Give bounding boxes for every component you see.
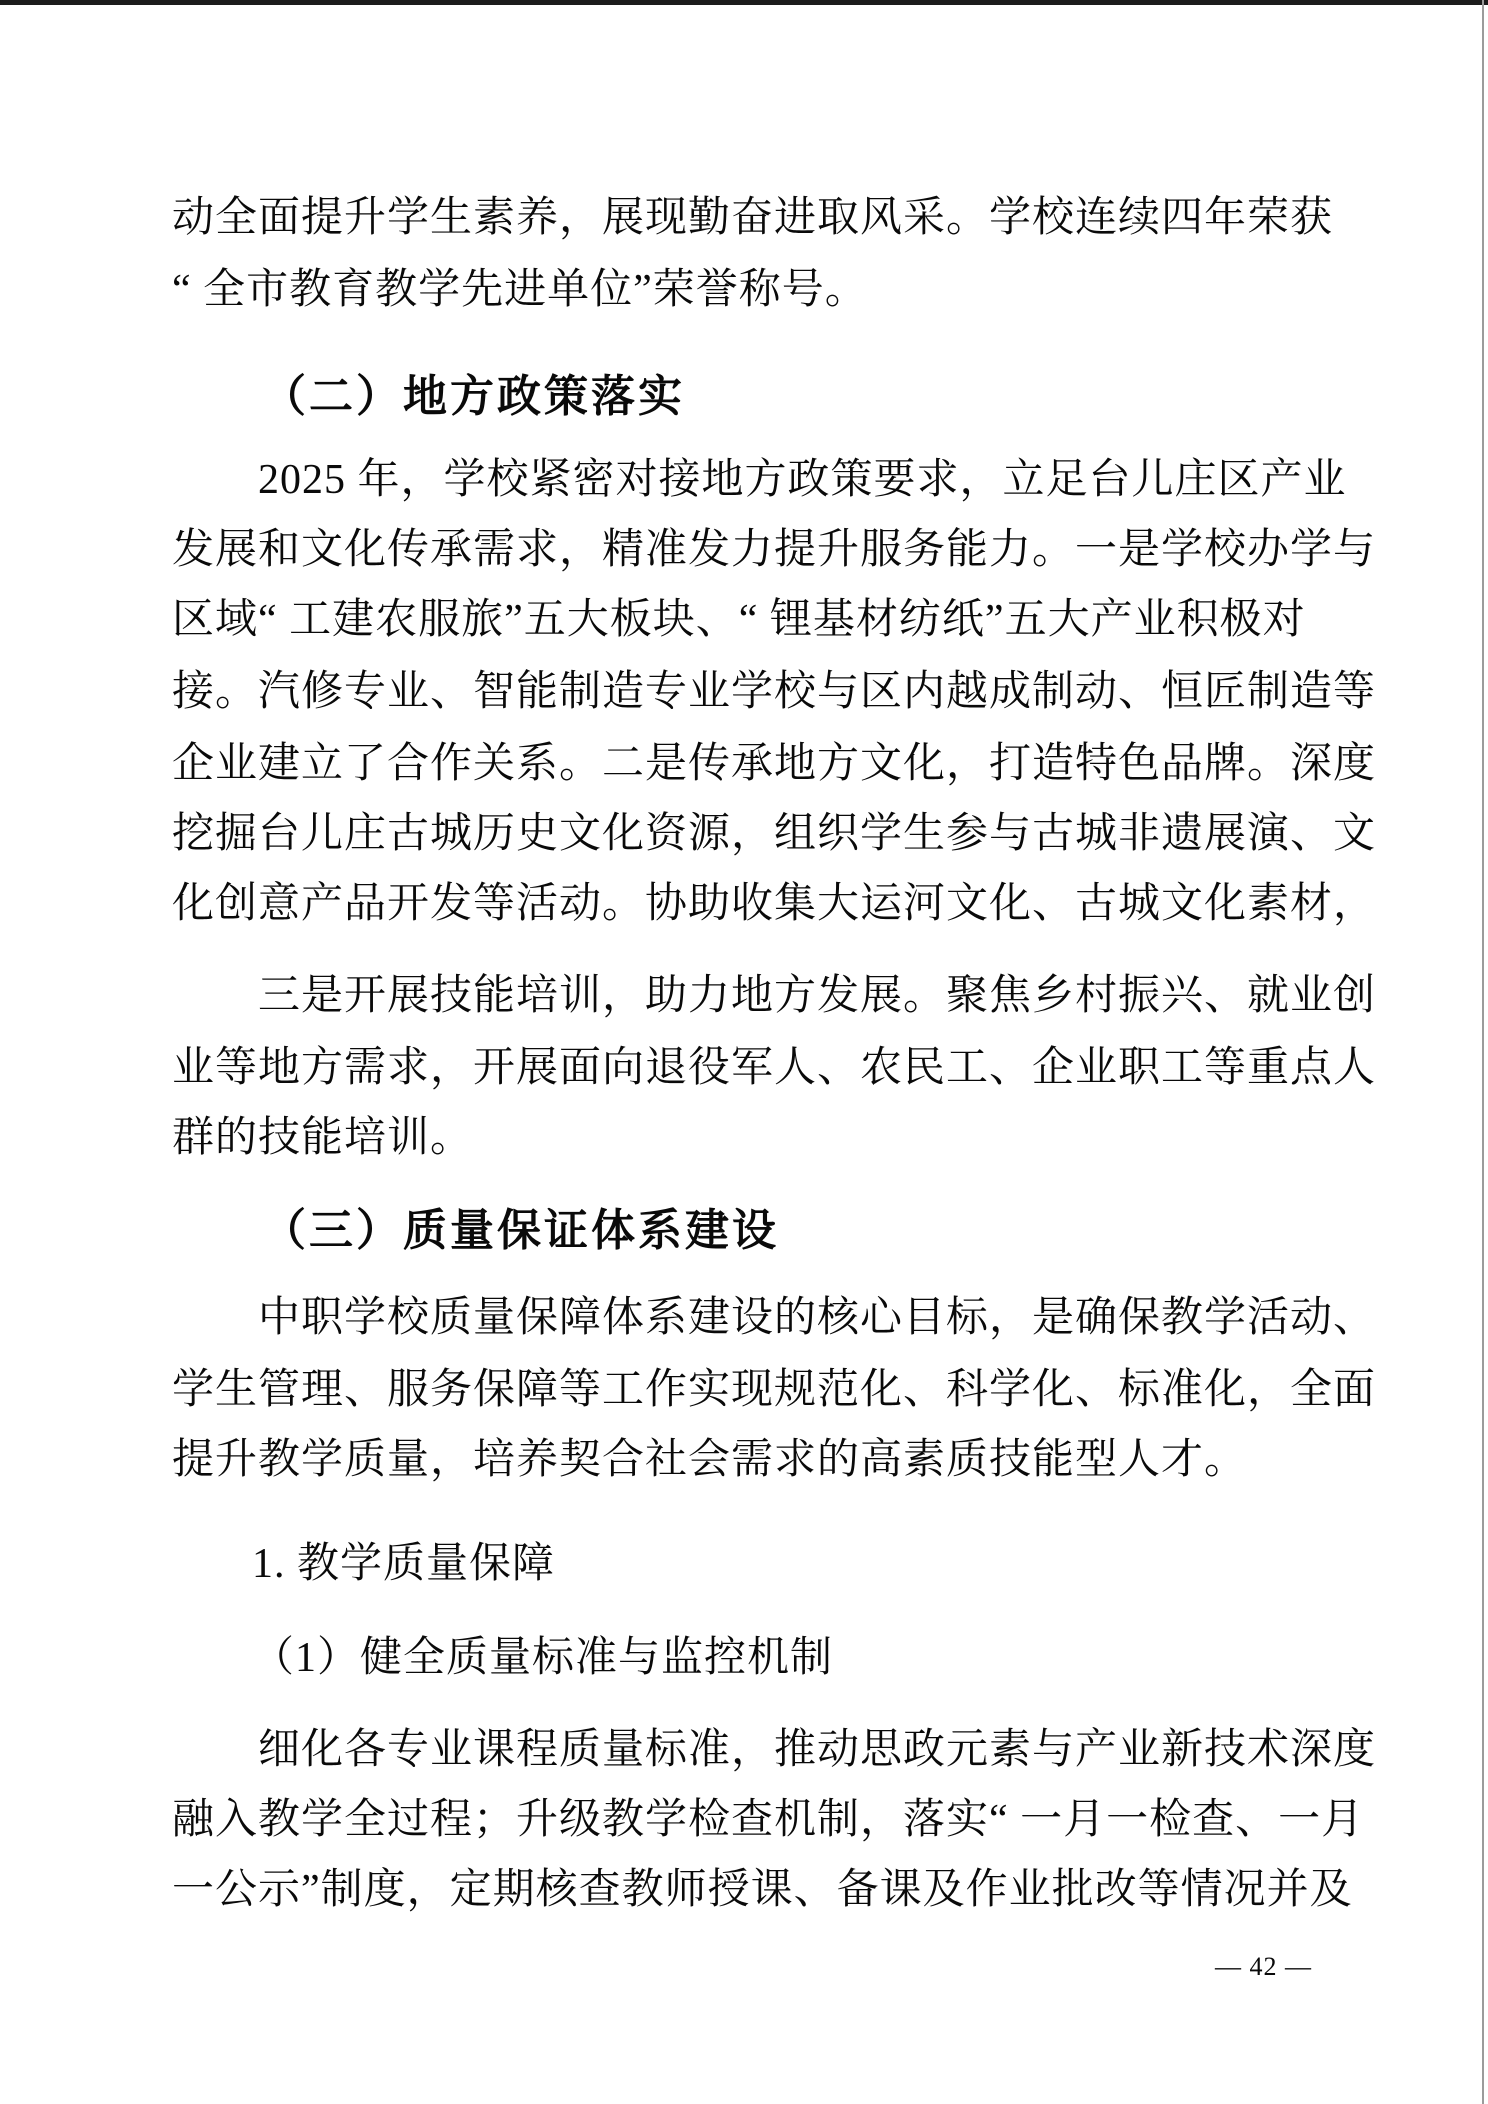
body-line: 细化各专业课程质量标准，推动思政元素与产业新技术深度 [258,1728,1376,1772]
sub-heading: （1）健全质量标准与监控机制 [252,1636,833,1680]
sub-heading: 1. 教学质量保障 [252,1542,555,1586]
body-line: 业等地方需求，开展面向退役军人、农民工、企业职工等重点人 [172,1046,1376,1090]
top-edge-bar [0,0,1488,5]
body-line: 区域“ 工建农服旅”五大板块、“ 锂基材纺纸”五大产业积极对 [172,598,1306,642]
body-line: 群的技能培训。 [172,1116,473,1160]
section-heading: （三）质量保证体系建设 [262,1208,779,1254]
body-line: 三是开展技能培训，助力地方发展。聚焦乡村振兴、就业创 [258,974,1376,1018]
body-line: 学生管理、服务保障等工作实现规范化、科学化、标准化，全面 [172,1368,1376,1412]
body-line: 融入教学全过程；升级教学检查机制，落实“ 一月一检查、一月 [172,1798,1364,1842]
body-line: 动全面提升学生素养，展现勤奋进取风采。学校连续四年荣获 [172,196,1333,240]
body-line: 中职学校质量保障体系建设的核心目标，是确保教学活动、 [258,1296,1376,1340]
section-heading: （二）地方政策落实 [262,374,685,420]
body-line: “ 全市教育教学先进单位”荣誉称号。 [172,268,868,312]
body-line: 接。汽修专业、智能制造专业学校与区内越成制动、恒匠制造等 [172,670,1376,714]
body-line: 挖掘台儿庄古城历史文化资源，组织学生参与古城非遗展演、文 [172,812,1376,856]
body-line: 发展和文化传承需求，精准发力提升服务能力。一是学校办学与 [172,528,1376,572]
document-page: 动全面提升学生素养，展现勤奋进取风采。学校连续四年荣获 “ 全市教育教学先进单位… [0,0,1488,2104]
body-line: 化创意产品开发等活动。协助收集大运河文化、古城文化素材， [172,882,1376,926]
right-edge-line [1482,0,1484,2104]
body-line: 一公示”制度，定期核查教师授课、备课及作业批改等情况并及 [172,1868,1353,1912]
body-line: 提升教学质量，培养契合社会需求的高素质技能型人才。 [172,1438,1247,1482]
page-number: — 42 — [1215,1952,1312,1982]
body-line: 企业建立了合作关系。二是传承地方文化，打造特色品牌。深度 [172,742,1376,786]
body-line: 2025 年，学校紧密对接地方政策要求，立足台儿庄区产业 [258,458,1347,502]
